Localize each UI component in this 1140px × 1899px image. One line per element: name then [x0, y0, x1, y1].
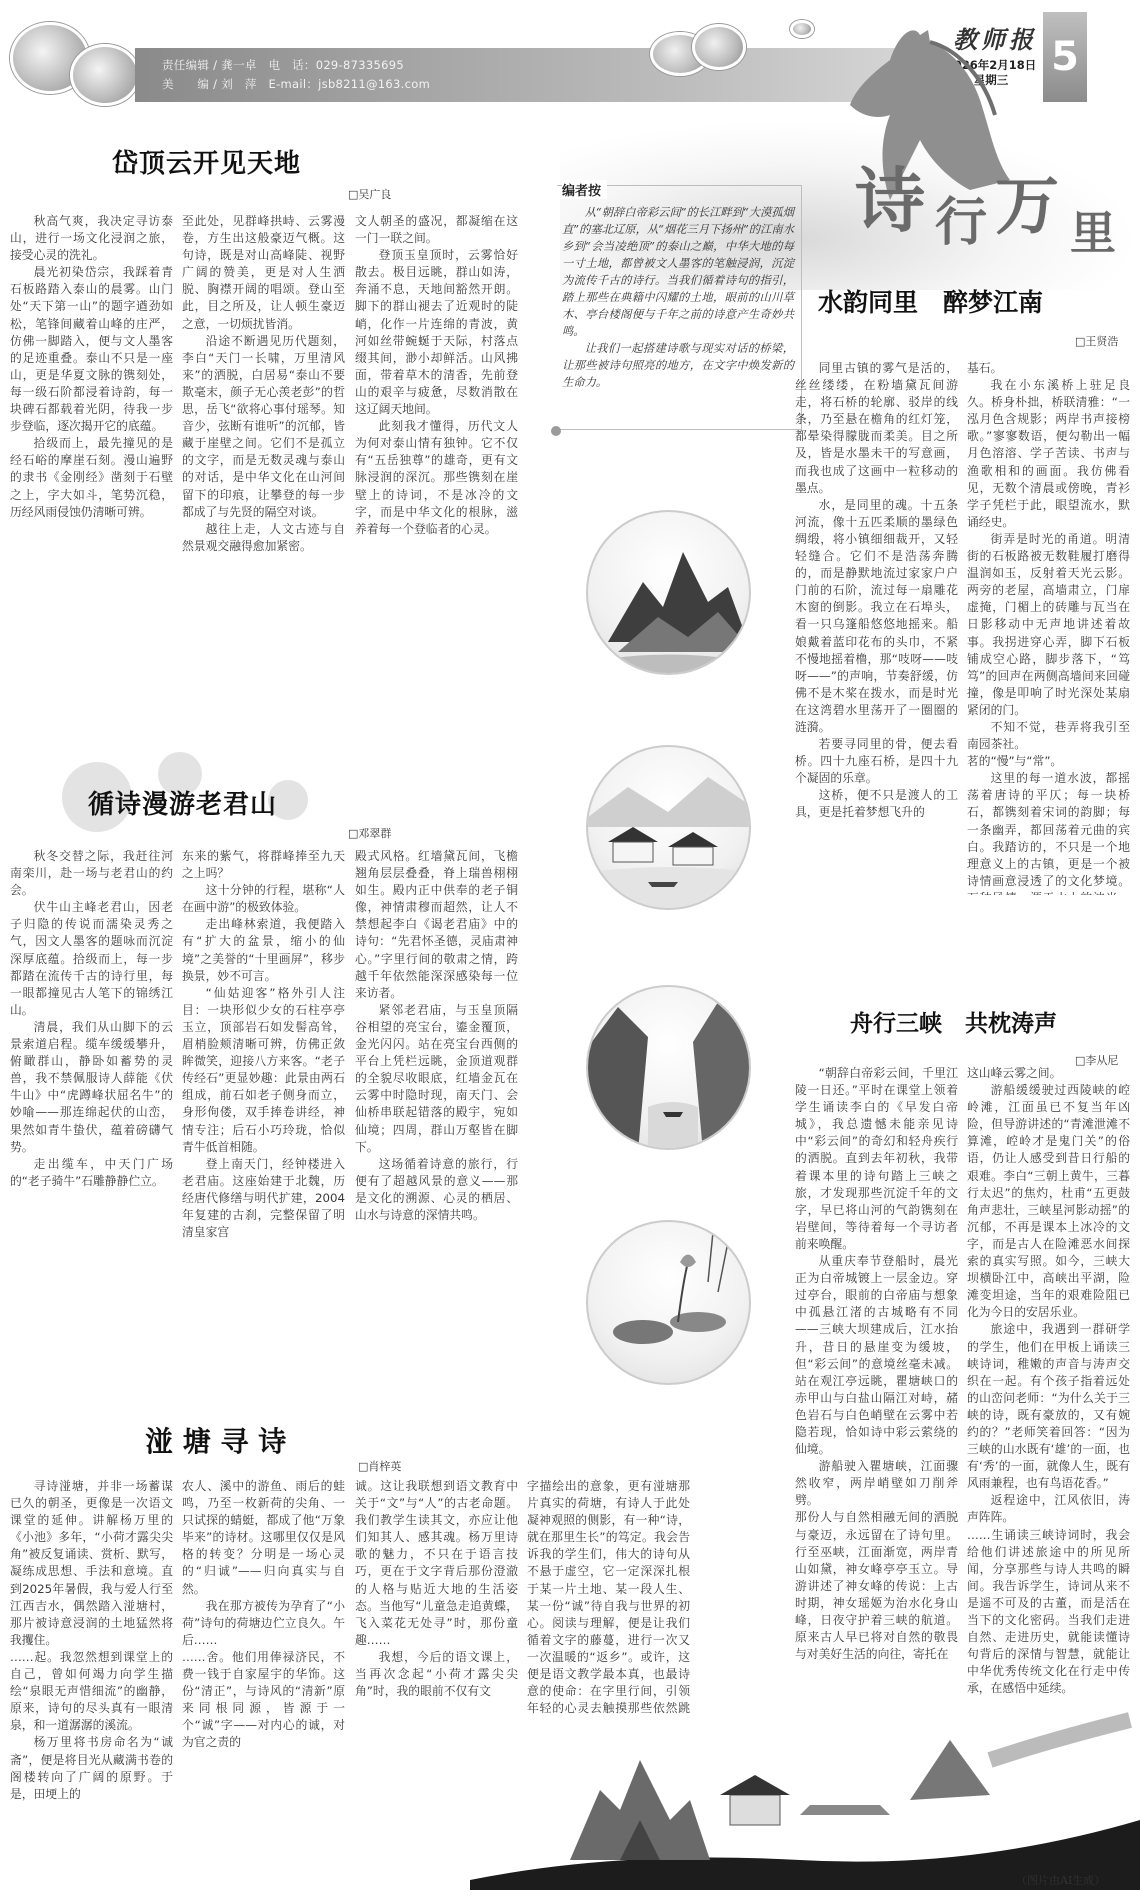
- paragraph: “仙姑迎客”格外引人注目：一块形似少女的石柱亭亭玉立，顶部岩石如发髻高耸，眉梢脸…: [182, 985, 345, 1156]
- paragraph: 晨光初染岱宗，我踩着青石板路踏入泰山的晨雾。山门处“天下第一山”的题字遒劲如松，…: [10, 264, 173, 435]
- lotus-pond-illustration: [586, 1220, 751, 1385]
- article-title-yitang: 湴 塘 寻 诗: [145, 1420, 286, 1460]
- article-column: 寻诗湴塘，并非一场蓄谋已久的朝圣，更像是一次语文课堂的延伸。讲解杨万里的《小池》…: [10, 1478, 173, 1898]
- section-title-char: 诗: [855, 145, 925, 246]
- article-column: 至此处，见群峰拱峙、云雾漫卷，方生出这般豪迈气概。这句诗，既是对山高峰陡、视野广…: [182, 213, 345, 651]
- paragraph: 文人朝圣的盛况，都凝缩在这一门一联之间。: [355, 213, 518, 247]
- paragraph: 若要寻同里的骨，便去看桥。四十九座石桥，是四十九个凝固的乐章。: [795, 736, 958, 787]
- divider: [557, 429, 802, 430]
- editor-label: 责任编辑 / 龚一卓: [162, 58, 257, 72]
- paragraph: 我在那方被传为孕育了“小荷”诗句的荷塘边伫立良久。午后……: [182, 1598, 345, 1649]
- paragraph: 杨万里将书房命名为“诚斋”，便是将目光从藏满书卷的阁楼转向了广阔的原野。于是，田…: [10, 1734, 173, 1802]
- cloud-decoration-left: [4, 14, 154, 104]
- paragraph: 我在小东溪桥上驻足良久。桥身朴拙，桥联清雅：“一泓月色含规影；两岸书声接榜歌。”…: [967, 377, 1130, 531]
- paragraph: 让我们一起搭建诗歌与现实对话的桥梁，让那些被诗句照亮的地方，在文字中焕发新的生命…: [562, 340, 794, 391]
- editor-note-body: 从“朝辞白帝彩云间”的长江畔到“大漠孤烟直”的塞北辽原，从“烟花三月下扬州”的江…: [562, 204, 794, 391]
- paragraph: ……舍。他们用俸禄济民，不费一钱于自家屋宇的华饰。这份“清正”，与诗风的“清新”…: [182, 1649, 345, 1752]
- paragraph: 至此处，见群峰拱峙、云雾漫卷，方生出这般豪迈气概。这句诗，既是对山高峰陡、视野广…: [182, 213, 345, 333]
- paragraph: 沿途不断遇见历代题刻，李白“天门一长啸，万里清风来”的洒脱，白居易“泰山不要欺毫…: [182, 333, 345, 521]
- article-column: 基石。 我在小东溪桥上驻足良久。桥身朴拙，桥联清雅：“一泓月色含规影；两岸书声接…: [967, 360, 1130, 895]
- editor-note-label: 编者按: [562, 180, 607, 199]
- article-title-sanxia: 舟行三峡 共枕涛声: [850, 1005, 1057, 1038]
- paragraph: 此刻我才懂得，历代文人为何对泰山情有独钟。它不仅有“五岳独尊”的雄奇，更有文脉浸…: [355, 418, 518, 538]
- paragraph: 字描绘出的意象，更有湴塘那片真实的荷塘，有诗人于此处凝神观照的侧影，有一种“诗，…: [527, 1478, 690, 1718]
- paragraph: 这十分钟的行程，堪称“人在画中游”的极致体验。: [182, 882, 345, 916]
- phone-label: 电 话：029-87335695: [269, 58, 404, 72]
- paragraph: 那份人与自然相融无间的洒脱与豪迈，永远留在了诗句里。行至巫峡，江面渐宽，两岸青山…: [795, 1509, 958, 1663]
- paragraph: 秋冬交替之际，我赶往河南栾川，赴一场与老君山的约会。: [10, 848, 173, 899]
- section-title-char: 行: [935, 180, 987, 255]
- paragraph: 殿式风格。红墙黛瓦间，飞檐翘角层层叠叠，脊上瑞兽栩栩如生。殿内正中供奉的老子铜像…: [355, 848, 518, 1002]
- paragraph: 诚。这让我联想到语文教育中关于“文”与“人”的古老命题。我们教学生读其文，亦应让…: [355, 1478, 518, 1649]
- paragraph: 紧邻老君庙，与玉皇顶隔谷相望的亮宝台，鎏金覆顶，金光闪闪。站在亮宝台西侧的平台上…: [355, 1002, 518, 1156]
- article-column: 殿式风格。红墙黛瓦间，飞檐翘角层层叠叠，脊上瑞兽栩栩如生。殿内正中供奉的老子铜像…: [355, 848, 518, 1343]
- article-column: 农人、溪中的游鱼、雨后的蛙鸣，乃至一枚新荷的尖角、一只试探的蜻蜓，都成了他“万象…: [182, 1478, 345, 1898]
- ink-landscape-illustration: [470, 1700, 1140, 1890]
- paragraph: 不知不觉，巷弄将我引至南园茶社。: [967, 719, 1130, 753]
- paragraph: 登顶玉皇顶时，云雾恰好散去。极目远眺，群山如涛，奔涌不息，天地间豁然开朗。脚下的…: [355, 247, 518, 418]
- paragraph: 从“朝辞白帝彩云间”的长江畔到“大漠孤烟直”的塞北辽原，从“烟花三月下扬州”的江…: [562, 204, 794, 340]
- article-column: 文人朝圣的盛况，都凝缩在这一门一联之间。 登顶玉皇顶时，云雾恰好散去。极目远眺，…: [355, 213, 518, 651]
- paragraph: 基石。: [967, 360, 1130, 377]
- paragraph: 我想，今后的语文课上，当再次念起“小荷才露尖尖角”时，我的眼前不仅有文: [355, 1649, 518, 1700]
- paragraph: 街弄是时光的甬道。明清街的石板路被无数鞋履打磨得温润如玉，反射着天光云影。两旁的…: [967, 531, 1130, 719]
- mountain-illustration: [586, 510, 751, 675]
- paragraph: 这山峰云雾之间。: [967, 1065, 1130, 1082]
- gorge-illustration: [586, 985, 751, 1150]
- email-label: E-mail：jsb8211@163.com: [269, 77, 431, 91]
- paragraph: 返程途中，江风依旧，涛声阵阵。: [967, 1492, 1130, 1526]
- byline-laojunshan: □邓翠群: [348, 825, 391, 841]
- article-column: 这山峰云雾之间。 游船缓缓驶过西陵峡的崆岭滩，江面虽已不复当年凶险，但导游讲述的…: [967, 1065, 1130, 1705]
- paragraph: 这里的每一道水波，都摇荡着唐诗的平仄；每一块桥石，都镌刻着宋词的韵脚；每一条幽弄…: [967, 770, 1130, 895]
- byline-taishan: □吴广良: [348, 186, 391, 202]
- paragraph: 越往上走，人文古迹与自然景观交融得愈加紧密。: [182, 521, 345, 555]
- paragraph: “朝辞白帝彩云间，千里江陵一日还。”平时在课堂上领着学生诵读李白的《早发白帝城》…: [795, 1065, 958, 1253]
- article-column: 秋冬交替之际，我赶往河南栾川，赴一场与老君山的约会。 伏牛山主峰老君山，因老子归…: [10, 848, 173, 1343]
- paragraph: 登上南天门，经钟楼进入老君庙。这座始建于北魏，历经唐代修缮与明代扩建，2004年…: [182, 1156, 345, 1241]
- paragraph: ……起。我忽然想到课堂上的自己，曾如何竭力向学生描绘“泉眼无声惜细流”的幽静，原…: [10, 1649, 173, 1734]
- section-title: 诗 行 万 里: [855, 135, 1140, 265]
- paragraph: 游船驶入瞿塘峡，江面骤然收窄，两岸峭壁如刀削斧劈。: [795, 1458, 958, 1509]
- paragraph: 拾级而上，最先撞见的是经石峪的摩崖石刻。漫山遍野的隶书《金刚经》凿刻于石壁之上，…: [10, 435, 173, 520]
- paragraph: 这桥，便不只是渡人的工具，更是托着梦想飞升的: [795, 787, 958, 821]
- section-title-char: 万: [995, 155, 1059, 247]
- section-title-char: 里: [1070, 197, 1116, 263]
- paragraph: 清晨，我们从山脚下的云景索道启程。缆车缓缓攀升，俯瞰群山，静卧如蓄势的灵兽，我不…: [10, 1019, 173, 1156]
- byline-yitang: □肖梓英: [358, 1458, 401, 1474]
- paragraph: 走出缆车，中天门广场的“老子骑牛”石雕静静伫立。: [10, 1156, 173, 1190]
- paragraph: 这场循着诗意的旅行，行便有了超越风景的意义——那是文化的溯源、心灵的栖居、山水与…: [355, 1156, 518, 1224]
- byline-tongli: □王贤浩: [1075, 333, 1118, 349]
- article-column: 字描绘出的意象，更有湴塘那片真实的荷塘，有诗人于此处凝神观照的侧影，有一种“诗，…: [527, 1478, 690, 1718]
- paragraph: 东来的紫气，将群峰捧至九天之上吗？: [182, 848, 345, 882]
- paragraph: 农人、溪中的游鱼、雨后的蛙鸣，乃至一枚新荷的尖角、一只试探的蜻蜓，都成了他“万象…: [182, 1478, 345, 1598]
- paragraph: 伏牛山主峰老君山，因老子归隐的传说而濡染灵秀之气，因文人墨客的题咏而沉淀深厚底蕴…: [10, 899, 173, 1019]
- editor-note-box: 编者按 从“朝辞白帝彩云间”的长江畔到“大漠孤烟直”的塞北辽原，从“烟花三月下扬…: [557, 185, 802, 430]
- paragraph: 游船缓缓驶过西陵峡的崆岭滩，江面虽已不复当年凶险，但导游讲述的“青滩泄滩不算滩，…: [967, 1082, 1130, 1321]
- divider-dot: [551, 426, 561, 436]
- editorial-info: 责任编辑 / 龚一卓 电 话：029-87335695 美 编 / 刘 萍 E-…: [162, 56, 430, 94]
- article-column: 东来的紫气，将群峰捧至九天之上吗？ 这十分钟的行程，堪称“人在画中游”的极致体验…: [182, 848, 345, 1343]
- cloud-decoration-right: [640, 20, 840, 80]
- paragraph: 茗的“慢”与“常”。: [967, 753, 1130, 770]
- article-column: 秋高气爽，我决定寻访泰山，进行一场文化浸润之旅，接受心灵的洗礼。 晨光初染岱宗，…: [10, 213, 173, 651]
- article-column: “朝辞白帝彩云间，千里江陵一日还。”平时在课堂上领着学生诵读李白的《早发白帝城》…: [795, 1065, 958, 1705]
- page-number: 5: [1043, 12, 1087, 102]
- paragraph: 走出峰林索道，我便踏入有“扩大的盆景，缩小的仙境”之美誉的“十里画屏”，移步换景…: [182, 916, 345, 984]
- image-caption: （图片由AI生成）: [1016, 1872, 1105, 1888]
- paragraph: 秋高气爽，我决定寻访泰山，进行一场文化浸润之旅，接受心灵的洗礼。: [10, 213, 173, 264]
- designer-label: 美 编 / 刘 萍: [162, 77, 257, 91]
- paragraph: 水，是同里的魂。十五条河流，像十五匹柔顺的墨绿色绸缎，将小镇细细裁开，又轻轻缝合…: [795, 497, 958, 736]
- article-column: 同里古镇的雾气是活的，丝丝缕缕，在粉墙黛瓦间游走，将石桥的轮廓、驳岸的线条，乃至…: [795, 360, 958, 895]
- paragraph: 旅途中，我遇到一群研学的学生，他们在甲板上诵读三峡诗词，稚嫩的声音与涛声交织在一…: [967, 1321, 1130, 1492]
- paragraph: 从重庆奉节登船时，晨光正为白帝城镀上一层金边。穿过亭台，眼前的白帝庙与想象中孤悬…: [795, 1253, 958, 1458]
- article-title-tongli: 水韵同里 醉梦江南: [818, 283, 1043, 319]
- water-village-illustration: [586, 745, 751, 910]
- paragraph: 同里古镇的雾气是活的，丝丝缕缕，在粉墙黛瓦间游走，将石桥的轮廓、驳岸的线条，乃至…: [795, 360, 958, 497]
- paragraph: 寻诗湴塘，并非一场蓄谋已久的朝圣，更像是一次语文课堂的延伸。讲解杨万里的《小池》…: [10, 1478, 173, 1649]
- article-title-taishan: 岱顶云开见天地: [112, 143, 301, 180]
- paragraph: ……生诵读三峡诗词时，我会给他们讲述旅途中的所见所闻，分享那些与诗人共鸣的瞬间。…: [967, 1527, 1130, 1698]
- article-title-laojunshan: 循诗漫游老君山: [88, 784, 277, 821]
